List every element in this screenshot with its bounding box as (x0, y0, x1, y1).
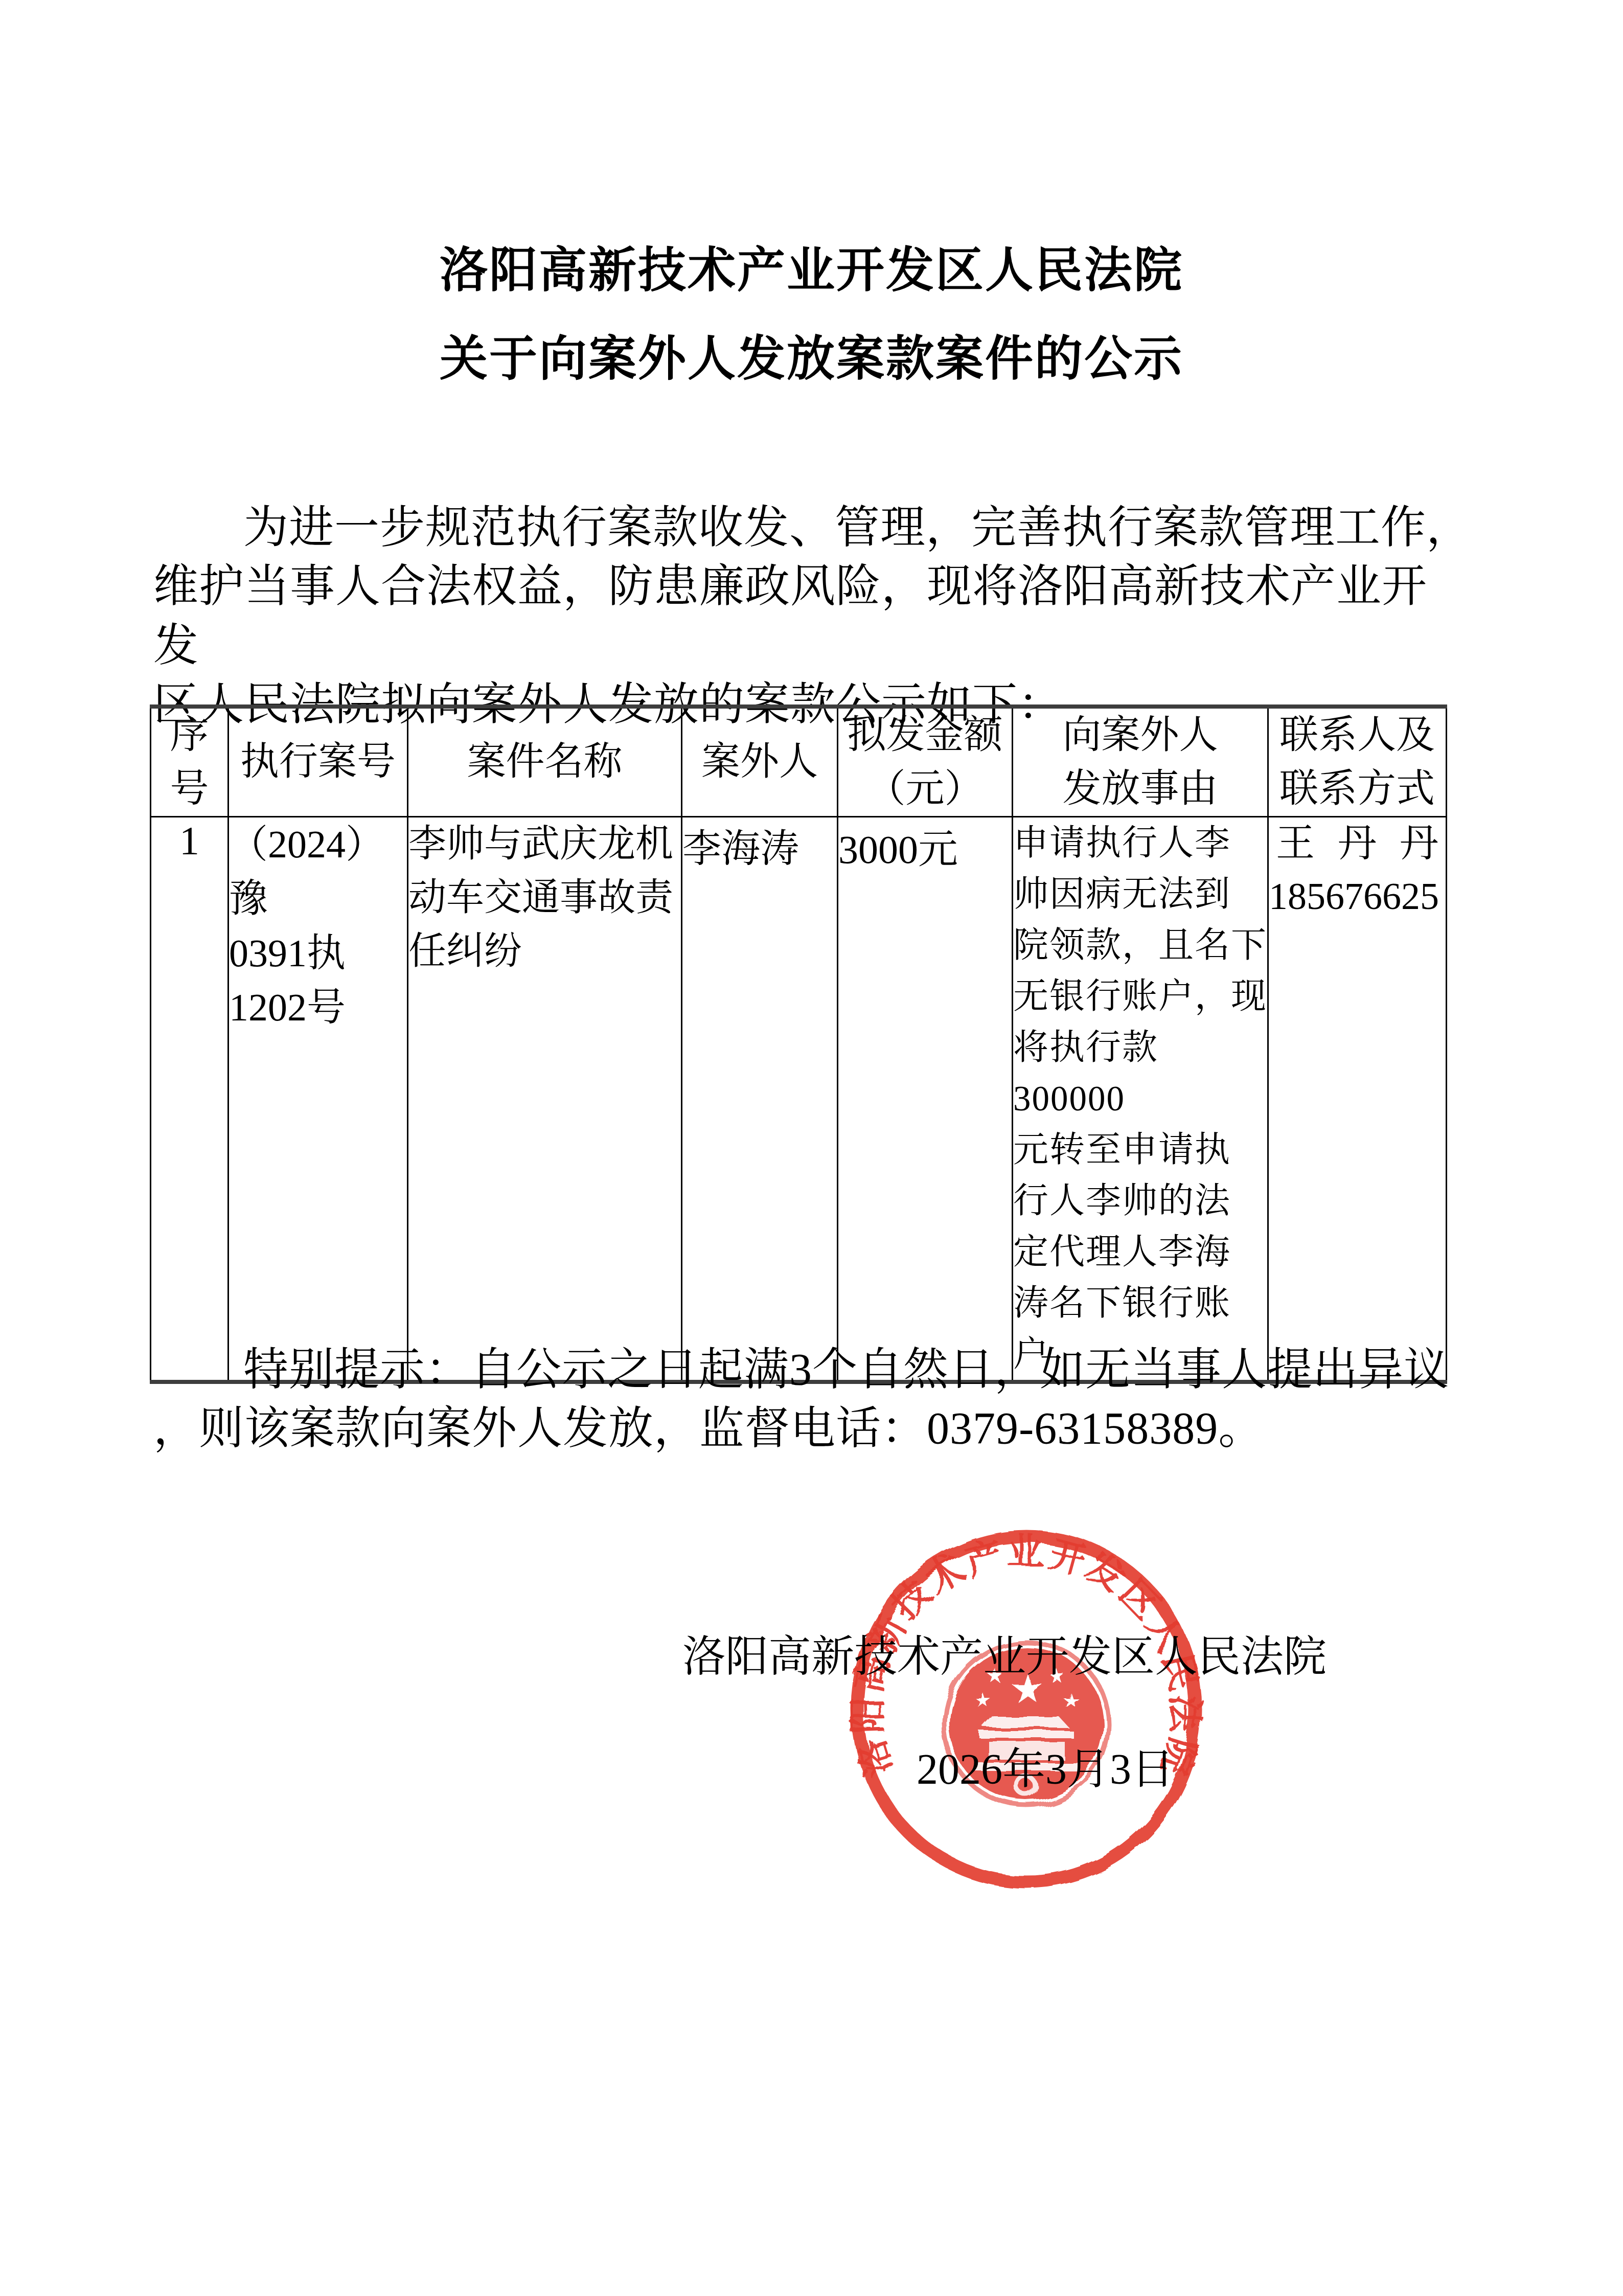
document-title-line2: 关于向案外人发放案款案件的公示 (0, 335, 1623, 383)
emblem-gate-eave (979, 1731, 1073, 1738)
official-red-seal: 洛阳高新技术产业开发区人民法院 ★ ★ ★ ★ ★ (844, 1525, 1208, 1894)
court-seal-graphic: 洛阳高新技术产业开发区人民法院 ★ ★ ★ ★ ★ (844, 1525, 1208, 1894)
emblem-gate-roof (984, 1717, 1069, 1728)
signature-date: 2026年3月3日 (910, 1744, 1181, 1796)
table-header-row: 序号 执行案号 案件名称 案外人 拟发金额 （元） 向案外人 发放事由 联系人及… (151, 707, 1447, 816)
cell-distribution-reason: 申请执行人李 帅因病无法到 院领款，且名下 无银行账户，现 将执行款300000… (1013, 816, 1268, 1382)
cell-proposed-amount: 3000元 (838, 816, 1013, 1382)
special-notice-paragraph: 特别提示：自公示之日起满3个自然日，如无当事人提出异议 ，则该案款向案外人发放，… (153, 1340, 1472, 1459)
contact-person-phone: 185676625 (1269, 870, 1446, 924)
emblem-small-star: ★ (1062, 1689, 1079, 1711)
header-proposed-amount: 拟发金额 （元） (838, 707, 1013, 816)
document-title-line1: 洛阳高新技术产业开发区人民法院 (0, 246, 1623, 294)
cell-outsider: 李海涛 (682, 816, 838, 1382)
document-page: 洛阳高新技术产业开发区人民法院 关于向案外人发放案款案件的公示 为进一步规范执行… (0, 0, 1623, 2296)
cell-case-name: 李帅与武庆龙机 动车交通事故责 任纠纷 (408, 816, 682, 1382)
header-execution-case-number: 执行案号 (228, 707, 408, 816)
cell-contact-info: 王 丹 丹 185676625 (1268, 816, 1447, 1382)
header-serial-number: 序号 (151, 707, 228, 816)
header-distribution-reason: 向案外人 发放事由 (1013, 707, 1268, 816)
header-outsider: 案外人 (682, 707, 838, 816)
case-funds-table: 序号 执行案号 案件名称 案外人 拟发金额 （元） 向案外人 发放事由 联系人及… (150, 704, 1447, 1384)
emblem-small-star: ★ (974, 1689, 991, 1711)
contact-person-name: 王 丹 丹 (1269, 817, 1446, 870)
table-row: 1 （2024）豫 0391执 1202号 李帅与武庆龙机 动车交通事故责 任纠… (151, 816, 1447, 1382)
cell-execution-case-number: （2024）豫 0391执 1202号 (228, 816, 408, 1382)
header-contact-info: 联系人及 联系方式 (1268, 707, 1447, 816)
intro-paragraph: 为进一步规范执行案款收发、管理，完善执行案款管理工作， 维护当事人合法权益，防患… (153, 498, 1472, 734)
header-case-name: 案件名称 (408, 707, 682, 816)
cell-serial-number: 1 (151, 816, 228, 1382)
signature-court-name: 洛阳高新技术产业开发区人民法院 (672, 1632, 1337, 1684)
